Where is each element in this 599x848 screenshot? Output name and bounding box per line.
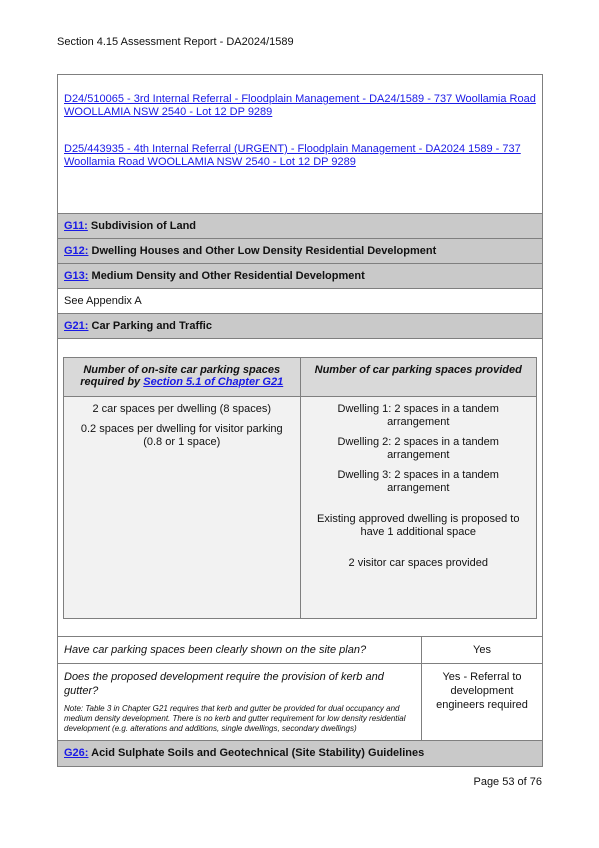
g13-link[interactable]: G13:: [64, 270, 88, 282]
section-g26: G26: Acid Sulphate Soils and Geotechnica…: [58, 741, 542, 766]
g11-title: Subdivision of Land: [91, 220, 196, 232]
section-g13: G13: Medium Density and Other Residentia…: [58, 264, 542, 289]
provided-header: Number of car parking spaces provided: [300, 358, 537, 397]
question-row-site-plan: Have car parking spaces been clearly sho…: [58, 637, 542, 664]
parking-table-wrap: Number of on-site car parking spaces req…: [58, 339, 542, 637]
section-5-1-link[interactable]: Section 5.1 of Chapter G21: [143, 376, 283, 388]
answer-text: Yes: [422, 637, 542, 663]
g26-title: Acid Sulphate Soils and Geotechnical (Si…: [91, 747, 424, 759]
page-header: Section 4.15 Assessment Report - DA2024/…: [57, 36, 294, 48]
required-header: Number of on-site car parking spaces req…: [64, 358, 301, 397]
g21-title: Car Parking and Traffic: [92, 320, 212, 332]
g21-link[interactable]: G21:: [64, 320, 88, 332]
g11-link[interactable]: G11:: [64, 220, 88, 232]
question-note: Note: Table 3 in Chapter G21 requires th…: [64, 704, 415, 734]
g12-title: Dwelling Houses and Other Low Density Re…: [92, 245, 437, 257]
section-g21: G21: Car Parking and Traffic: [58, 314, 542, 339]
question-text: Have car parking spaces been clearly sho…: [58, 637, 422, 663]
g13-title: Medium Density and Other Residential Dev…: [92, 270, 365, 282]
parking-table: Number of on-site car parking spaces req…: [63, 357, 537, 619]
g13-note: See Appendix A: [58, 289, 542, 314]
assessment-table: D24/510065 - 3rd Internal Referral - Flo…: [57, 74, 543, 767]
question-row-kerb: Does the proposed development require th…: [58, 664, 542, 741]
referral-link-4th[interactable]: D25/443935 - 4th Internal Referral (URGE…: [64, 143, 536, 169]
required-cell: 2 car spaces per dwelling (8 spaces) 0.2…: [64, 397, 301, 619]
section-g11: G11: Subdivision of Land: [58, 214, 542, 239]
g12-link[interactable]: G12:: [64, 245, 88, 257]
section-g12: G12: Dwelling Houses and Other Low Densi…: [58, 239, 542, 264]
page-number: Page 53 of 76: [473, 776, 542, 788]
referral-link-3rd[interactable]: D24/510065 - 3rd Internal Referral - Flo…: [64, 93, 536, 119]
answer-text: Yes - Referral to development engineers …: [422, 664, 542, 740]
question-text: Does the proposed development require th…: [58, 664, 422, 740]
provided-cell: Dwelling 1: 2 spaces in a tandem arrange…: [300, 397, 537, 619]
referral-links: D24/510065 - 3rd Internal Referral - Flo…: [58, 75, 542, 214]
g26-link[interactable]: G26:: [64, 747, 88, 759]
